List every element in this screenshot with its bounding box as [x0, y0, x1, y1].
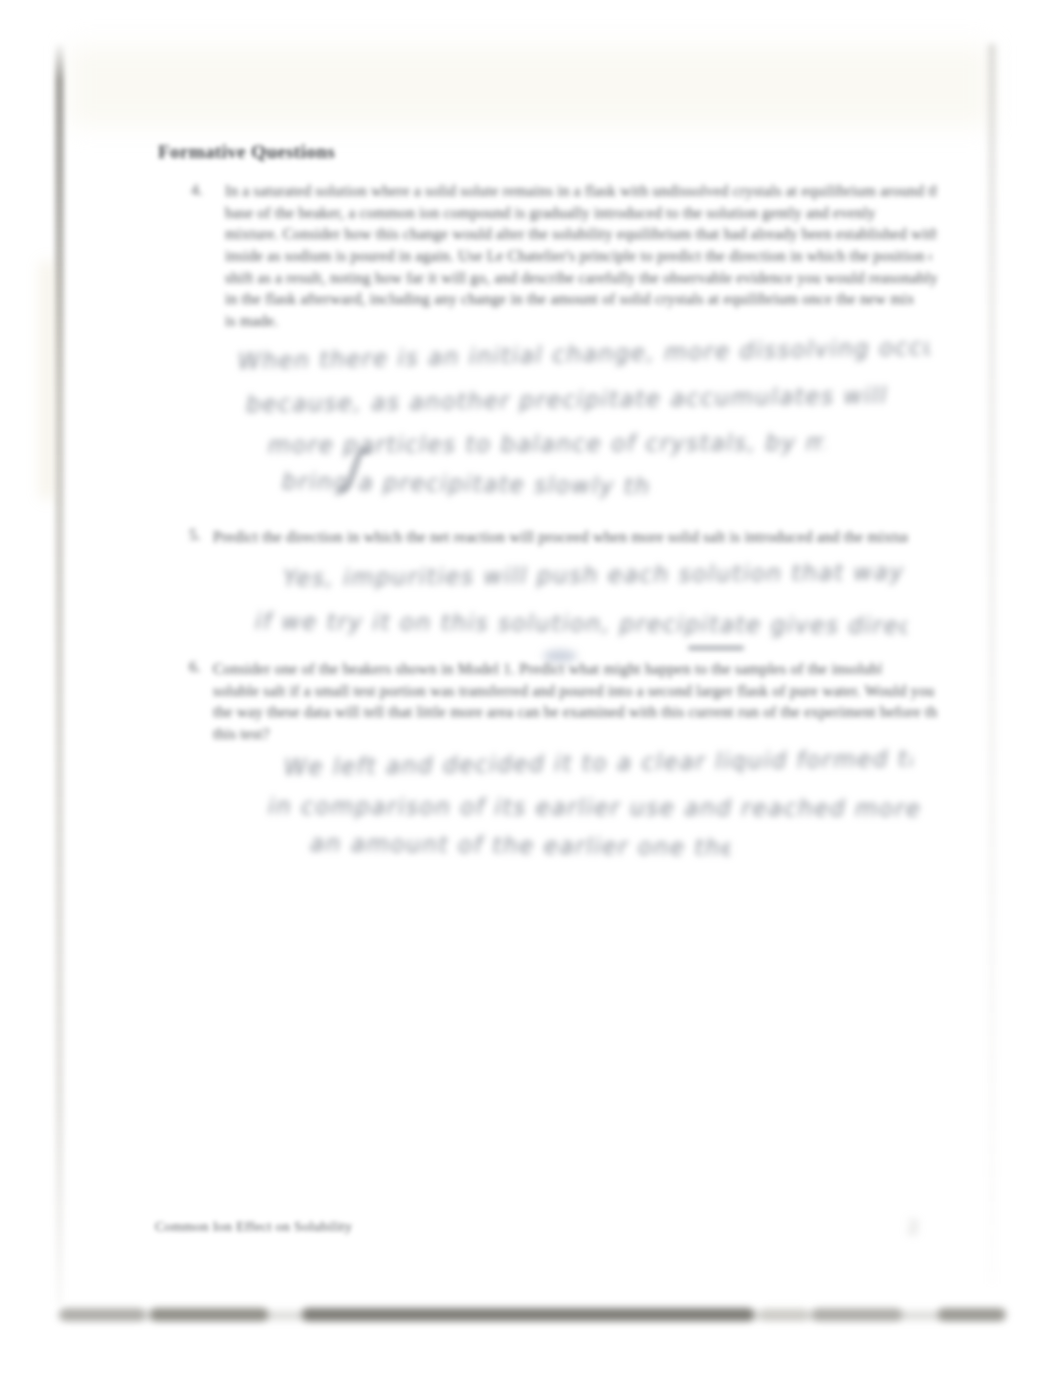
bottom-scan-band-segment — [150, 1308, 268, 1321]
page-left-edge-shadow — [55, 42, 64, 1304]
bottom-scan-band-segment — [302, 1308, 754, 1321]
handwritten-line: because, as another precipitate accumula… — [246, 379, 886, 422]
printed-line: In a saturated solution where a solid so… — [225, 181, 937, 203]
question-number: 4. — [191, 182, 213, 200]
scanned-document-page: Formative Questions 4. In a saturated so… — [0, 0, 1062, 1377]
printed-line: the way these data will tell that little… — [213, 702, 937, 724]
printed-line: Consider one of the beakers shown in Mod… — [213, 659, 881, 681]
printed-line: inside as sodium is poured in again. Use… — [225, 246, 931, 268]
handwritten-answer-3: We left and decided it to a clear liquid… — [268, 751, 958, 861]
handwritten-line: in comparison of its earlier use and rea… — [268, 790, 930, 826]
handwritten-underline-stroke — [688, 646, 744, 650]
printed-line: this test? — [213, 724, 270, 746]
footer-document-title: Common Ion Effect on Solubility — [155, 1220, 352, 1236]
handwritten-line: bring a precipitate slowly there again — [282, 465, 652, 504]
handwritten-line: Yes, impurities will push each solution … — [283, 555, 908, 596]
printed-line: shift as a result, noting how far it wil… — [225, 268, 937, 290]
bottom-scan-band-segment — [938, 1308, 1006, 1321]
bottom-scan-band-segment — [760, 1308, 808, 1321]
handwritten-line: an amount of the earlier one there now — [310, 827, 730, 865]
printed-line: base of the beaker, a common ion compoun… — [225, 203, 880, 225]
bottom-scan-band-segment — [60, 1308, 145, 1321]
question-number: 5. — [189, 527, 211, 545]
bottom-scan-band-segment — [812, 1308, 902, 1321]
page-heading: Formative Questions — [158, 142, 335, 164]
printed-line: mixture. Consider how this change would … — [225, 224, 937, 246]
handwritten-answer-1: When there is an initial change, more di… — [238, 345, 948, 499]
page-right-edge-shadow — [988, 44, 996, 1284]
page-number: 2 — [908, 1216, 918, 1239]
handwritten-line: if we try it on this solution, precipita… — [255, 605, 907, 644]
question-number: 6. — [189, 659, 211, 677]
printed-line: is made. — [225, 311, 278, 333]
question-3-text: Consider one of the beakers shown in Mod… — [213, 659, 939, 751]
left-margin-smudge — [40, 260, 54, 500]
printed-line: Predict the direction in which the net r… — [213, 527, 907, 549]
question-1-text: In a saturated solution where a solid so… — [225, 181, 939, 338]
handwritten-answer-2: Yes, impurities will push each solution … — [255, 562, 935, 639]
printed-line: soluble salt if a small test portion was… — [213, 681, 937, 703]
question-2-text: Predict the direction in which the net r… — [213, 527, 907, 549]
printed-line: in the flask afterward, including any ch… — [225, 289, 913, 311]
scan-top-tint — [70, 46, 990, 126]
